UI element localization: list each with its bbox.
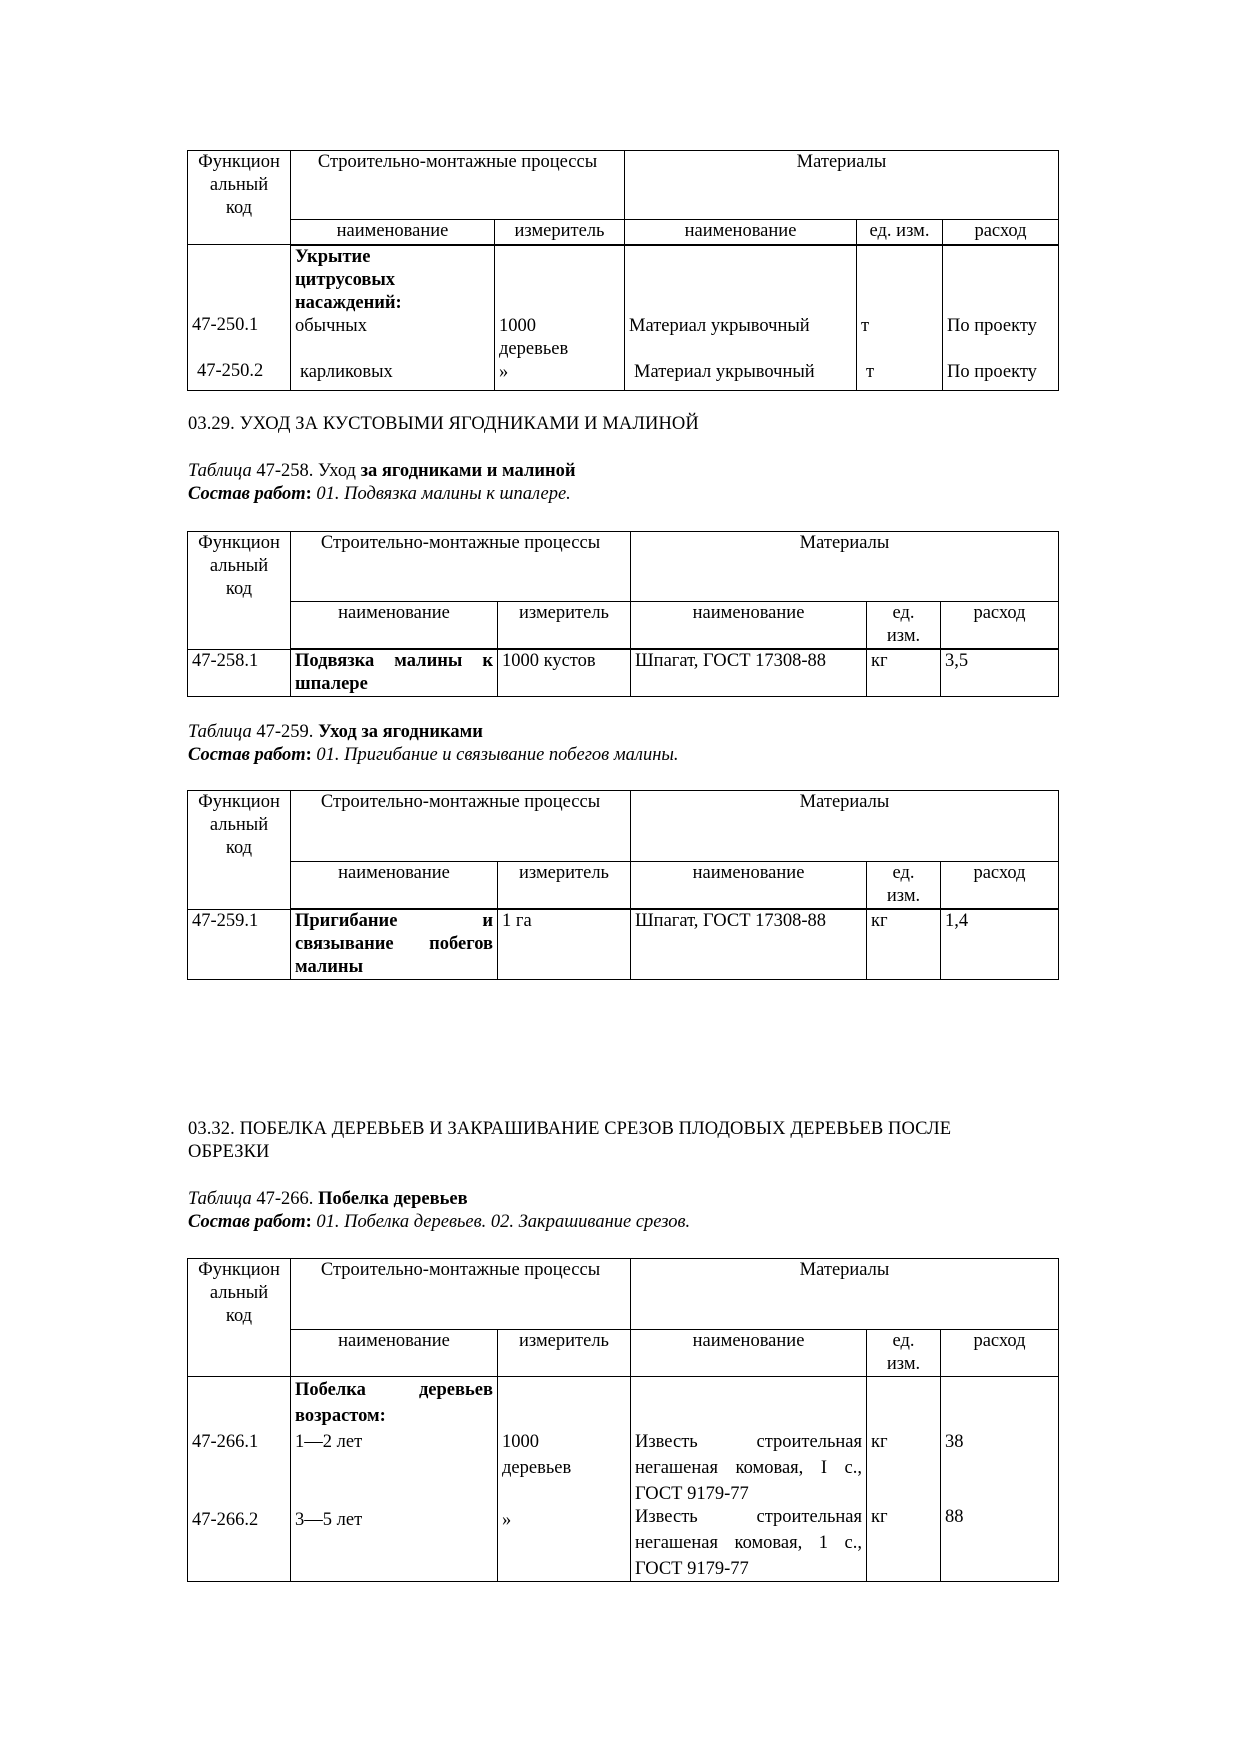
header-mat-name: наименование bbox=[631, 1330, 867, 1377]
header-mat-name: наименование bbox=[625, 220, 857, 245]
table-caption-47-258: Таблица 47-258. Уход за ягодниками и мал… bbox=[188, 460, 1058, 483]
name-cell: Побелкадеревьев возрастом: 1—2 лет 3—5 л… bbox=[291, 1377, 498, 1582]
measure-cell: 1000 кустов bbox=[498, 649, 631, 697]
measure-cell: 1000 деревьев » bbox=[495, 245, 625, 391]
header-proc-name: наименование bbox=[291, 862, 498, 910]
works-composition-47-258: Состав работ: 01. Подвязка малины к шпал… bbox=[188, 483, 1058, 506]
material-cell: Шпагат, ГОСТ 17308-88 bbox=[631, 909, 867, 980]
measure-cell: 1 га bbox=[498, 909, 631, 980]
header-processes: Строительно-монтажные процессы bbox=[291, 151, 625, 220]
table-47-250: Функцион альный код Строительно-монтажны… bbox=[187, 150, 1059, 391]
header-mat-unit: ед. изм. bbox=[867, 862, 941, 910]
table-47-258: Функцион альный код Строительно-монтажны… bbox=[187, 531, 1059, 697]
header-code: Функцион альный код bbox=[188, 791, 291, 910]
table-caption-47-266: Таблица 47-266. Побелка деревьев bbox=[188, 1188, 1058, 1211]
table-47-266: Функцион альный код Строительно-монтажны… bbox=[187, 1258, 1059, 1582]
code-cell: 47-250.1 47-250.2 bbox=[188, 245, 291, 391]
header-proc-name: наименование bbox=[291, 1330, 498, 1377]
header-proc-unit: измеритель bbox=[498, 602, 631, 650]
header-materials: Материалы bbox=[631, 791, 1059, 862]
table-row: 47-258.1 Подвязкамалинык шпалере 1000 ку… bbox=[188, 649, 1059, 697]
table-row: 47-266.1 47-266.2 Побелкадеревьев возрас… bbox=[188, 1377, 1059, 1582]
header-consumption: расход bbox=[943, 220, 1059, 245]
unit-cell: кг кг bbox=[867, 1377, 941, 1582]
header-code: Функцион альный код bbox=[188, 151, 291, 245]
table-row: 47-250.1 47-250.2 Укрытие цитрусовых нас… bbox=[188, 245, 1059, 391]
consumption-cell: 1,4 bbox=[941, 909, 1059, 980]
consumption-cell: По проекту По проекту bbox=[943, 245, 1059, 391]
header-materials: Материалы bbox=[625, 151, 1059, 220]
unit-cell: кг bbox=[867, 649, 941, 697]
section-heading-03-32: 03.32. ПОБЕЛКА ДЕРЕВЬЕВ И ЗАКРАШИВАНИЕ С… bbox=[188, 1118, 1058, 1164]
header-processes: Строительно-монтажные процессы bbox=[291, 1259, 631, 1330]
header-code: Функцион альный код bbox=[188, 1259, 291, 1377]
header-proc-unit: измеритель bbox=[498, 862, 631, 910]
code-cell: 47-266.1 47-266.2 bbox=[188, 1377, 291, 1582]
header-code: Функцион альный код bbox=[188, 532, 291, 650]
unit-cell: кг bbox=[867, 909, 941, 980]
material-cell: Шпагат, ГОСТ 17308-88 bbox=[631, 649, 867, 697]
header-mat-unit: ед. изм. bbox=[857, 220, 943, 245]
code-cell: 47-259.1 bbox=[188, 909, 291, 980]
unit-cell: т т bbox=[857, 245, 943, 391]
section-heading-03-29: 03.29. УХОД ЗА КУСТОВЫМИ ЯГОДНИКАМИ И МА… bbox=[188, 413, 1058, 436]
header-mat-unit: ед. изм. bbox=[867, 602, 941, 650]
material-cell: Материал укрывочный Материал укрывочный bbox=[625, 245, 857, 391]
header-proc-unit: измеритель bbox=[498, 1330, 631, 1377]
header-mat-unit: ед. изм. bbox=[867, 1330, 941, 1377]
table-row: 47-259.1 Пригибаниеи связываниепобегов м… bbox=[188, 909, 1059, 980]
name-cell: Подвязкамалинык шпалере bbox=[291, 649, 498, 697]
table-47-259: Функцион альный код Строительно-монтажны… bbox=[187, 790, 1059, 980]
consumption-cell: 38 88 bbox=[941, 1377, 1059, 1582]
header-processes: Строительно-монтажные процессы bbox=[291, 791, 631, 862]
works-composition-47-259: Состав работ: 01. Пригибание и связывани… bbox=[188, 744, 1058, 767]
table-caption-47-259: Таблица 47-259. Уход за ягодниками bbox=[188, 721, 1058, 744]
consumption-cell: 3,5 bbox=[941, 649, 1059, 697]
header-processes: Строительно-монтажные процессы bbox=[291, 532, 631, 602]
header-materials: Материалы bbox=[631, 532, 1059, 602]
header-consumption: расход bbox=[941, 862, 1059, 910]
header-proc-name: наименование bbox=[291, 602, 498, 650]
material-cell: Известьстроительная негашенаякомовая,Iс.… bbox=[631, 1377, 867, 1582]
header-proc-unit: измеритель bbox=[495, 220, 625, 245]
name-cell: Пригибаниеи связываниепобегов малины bbox=[291, 909, 498, 980]
code-cell: 47-258.1 bbox=[188, 649, 291, 697]
works-composition-47-266: Состав работ: 01. Побелка деревьев. 02. … bbox=[188, 1211, 1058, 1234]
header-consumption: расход bbox=[941, 602, 1059, 650]
header-mat-name: наименование bbox=[631, 862, 867, 910]
name-cell: Укрытие цитрусовых насаждений: обычных к… bbox=[291, 245, 495, 391]
header-materials: Материалы bbox=[631, 1259, 1059, 1330]
header-proc-name: наименование bbox=[291, 220, 495, 245]
header-consumption: расход bbox=[941, 1330, 1059, 1377]
measure-cell: 1000 деревьев » bbox=[498, 1377, 631, 1582]
header-mat-name: наименование bbox=[631, 602, 867, 650]
